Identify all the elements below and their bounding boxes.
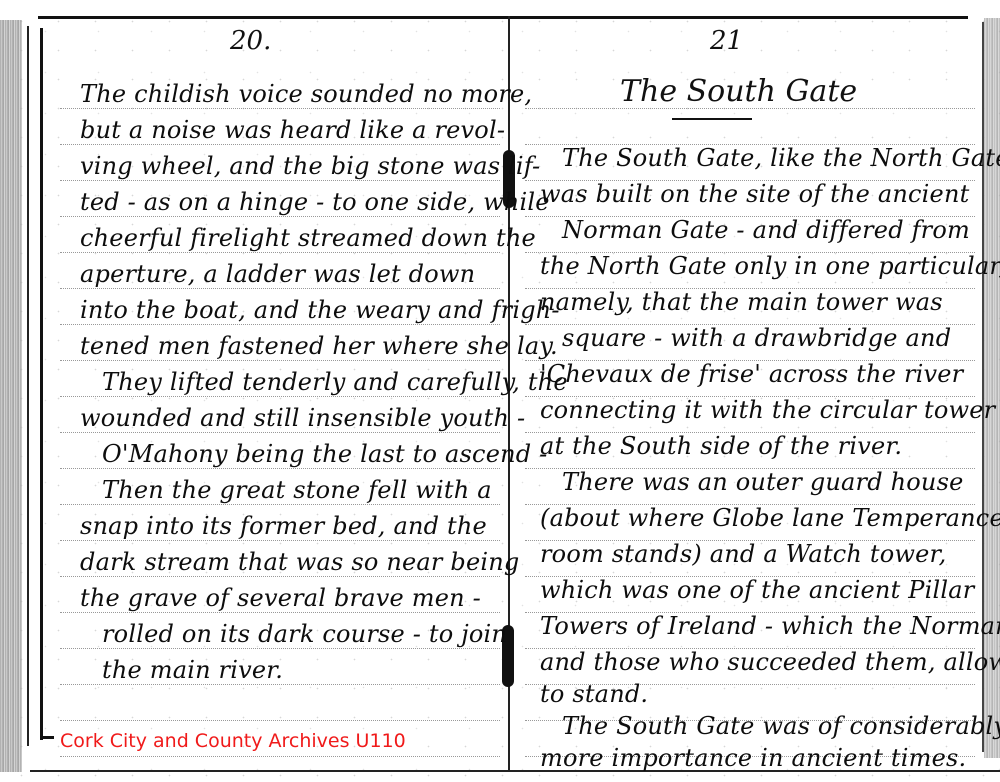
right-line-1: The South Gate, like the North Gate <box>540 140 1000 176</box>
right-line-9: at the South side of the river. <box>540 428 902 464</box>
right-line-4: the North Gate only in one particular, <box>540 248 1000 284</box>
right-line-18: more importance in ancient times. <box>540 740 966 776</box>
right-line-13: which was one of the ancient Pillar <box>540 572 974 608</box>
left-line-5: cheerful firelight streamed down the <box>80 220 536 256</box>
right-line-15: and those who succeeded them, allowed <box>540 644 1000 680</box>
left-line-10: wounded and still insensible youth - <box>80 400 525 436</box>
right-line-5: namely, that the main tower was <box>540 284 943 320</box>
left-line-15: the grave of several brave men - <box>80 580 481 616</box>
right-line-6: square - with a drawbridge and <box>540 320 951 356</box>
right-line-2: was built on the site of the ancient <box>540 176 969 212</box>
left-margin-corner <box>40 736 54 739</box>
right-line-14: Towers of Ireland - which the Normans <box>540 608 1000 644</box>
left-line-14: dark stream that was so near being <box>80 544 519 580</box>
right-page-number: 21 <box>710 26 743 56</box>
archive-watermark: Cork City and County Archives U110 <box>60 730 406 752</box>
left-line-12: Then the great stone fell with a <box>80 472 492 508</box>
right-line-11: (about where Globe lane Temperance <box>540 500 1000 536</box>
left-book-edge <box>0 20 22 772</box>
left-line-1: The childish voice sounded no more, <box>80 76 532 112</box>
left-line-16: rolled on its dark course - to join <box>80 616 507 652</box>
left-line-11: O'Mahony being the last to ascend - <box>80 436 547 472</box>
left-line-13: snap into its former bed, and the <box>80 508 487 544</box>
heading-underline <box>672 118 752 120</box>
ruled-line <box>60 720 500 721</box>
left-line-6: aperture, a ladder was let down <box>80 256 475 292</box>
ruled-line <box>60 756 500 757</box>
right-line-7: 'Chevaux de frise' across the river <box>540 356 963 392</box>
left-margin-rule <box>27 26 29 746</box>
right-line-17: The South Gate was of considerably <box>540 708 1000 744</box>
left-line-4: ted - as on a hinge - to one side, while <box>80 184 550 220</box>
right-line-16: to stand. <box>540 676 648 712</box>
left-line-3: ving wheel, and the big stone was lif- <box>80 148 540 184</box>
left-margin-rule-inner <box>40 28 43 740</box>
top-page-border <box>38 16 968 19</box>
section-heading: The South Gate <box>620 74 857 109</box>
left-line-17: the main river. <box>80 652 283 688</box>
left-line-8: tened men fastened her where she lay. <box>80 328 558 364</box>
right-line-12: room stands) and a Watch tower, <box>540 536 946 572</box>
manuscript-scan: 20. The childish voice sounded no more, … <box>0 0 1000 782</box>
right-line-3: Norman Gate - and differed from <box>540 212 970 248</box>
left-line-2: but a noise was heard like a revol- <box>80 112 505 148</box>
left-line-9: They lifted tenderly and carefully, the <box>80 364 568 400</box>
right-line-8: connecting it with the circular tower <box>540 392 995 428</box>
left-page-number: 20. <box>230 26 271 56</box>
section-heading-text: The South Gate <box>620 74 857 109</box>
left-line-7: into the boat, and the weary and frigh- <box>80 292 560 328</box>
right-line-10: There was an outer guard house <box>540 464 964 500</box>
